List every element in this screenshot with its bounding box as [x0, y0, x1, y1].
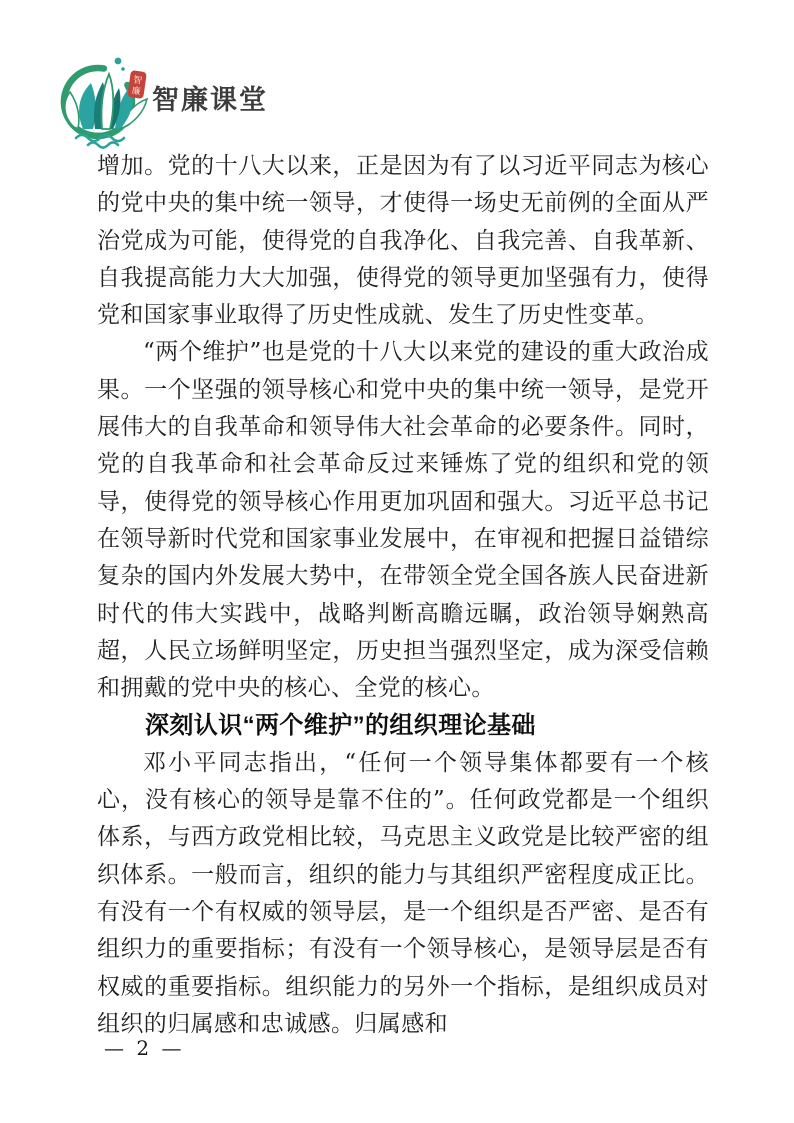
water-drop-icon [115, 58, 122, 65]
logo: 智 廉 智廉课堂 [58, 50, 418, 154]
document-body: 增加。党的十八大以来，正是因为有了以习近平同志为核心的党中央的集中统一领导，才使… [97, 148, 709, 1043]
page-footer: — 2 — [104, 1036, 184, 1060]
section-heading: 深刻认识“两个维护”的组织理论基础 [97, 707, 709, 744]
paragraph-continuation: 增加。党的十八大以来，正是因为有了以习近平同志为核心的党中央的集中统一领导，才使… [97, 148, 709, 334]
water-waves-icon [76, 135, 124, 148]
paragraph-two-upholds: “两个维护”也是党的十八大以来党的建设的重大政治成果。一个坚强的领导核心和党中央… [97, 334, 709, 707]
lotus-logo-icon: 智 廉 [58, 50, 152, 150]
paragraph-organization-theory: 邓小平同志指出，“任何一个领导集体都要有一个核心，没有核心的领导是靠不住的”。任… [97, 745, 709, 1043]
document-page: 智 廉 智廉课堂 增加。党的十八大以来，正是因为有了以习近平同志为核心的党中央的… [0, 0, 794, 1123]
page-number: — 2 — [104, 1036, 184, 1060]
water-drop-small-icon [121, 67, 125, 71]
red-seal-icon: 智 廉 [127, 70, 147, 99]
logo-wordmark: 智廉课堂 [152, 78, 268, 117]
